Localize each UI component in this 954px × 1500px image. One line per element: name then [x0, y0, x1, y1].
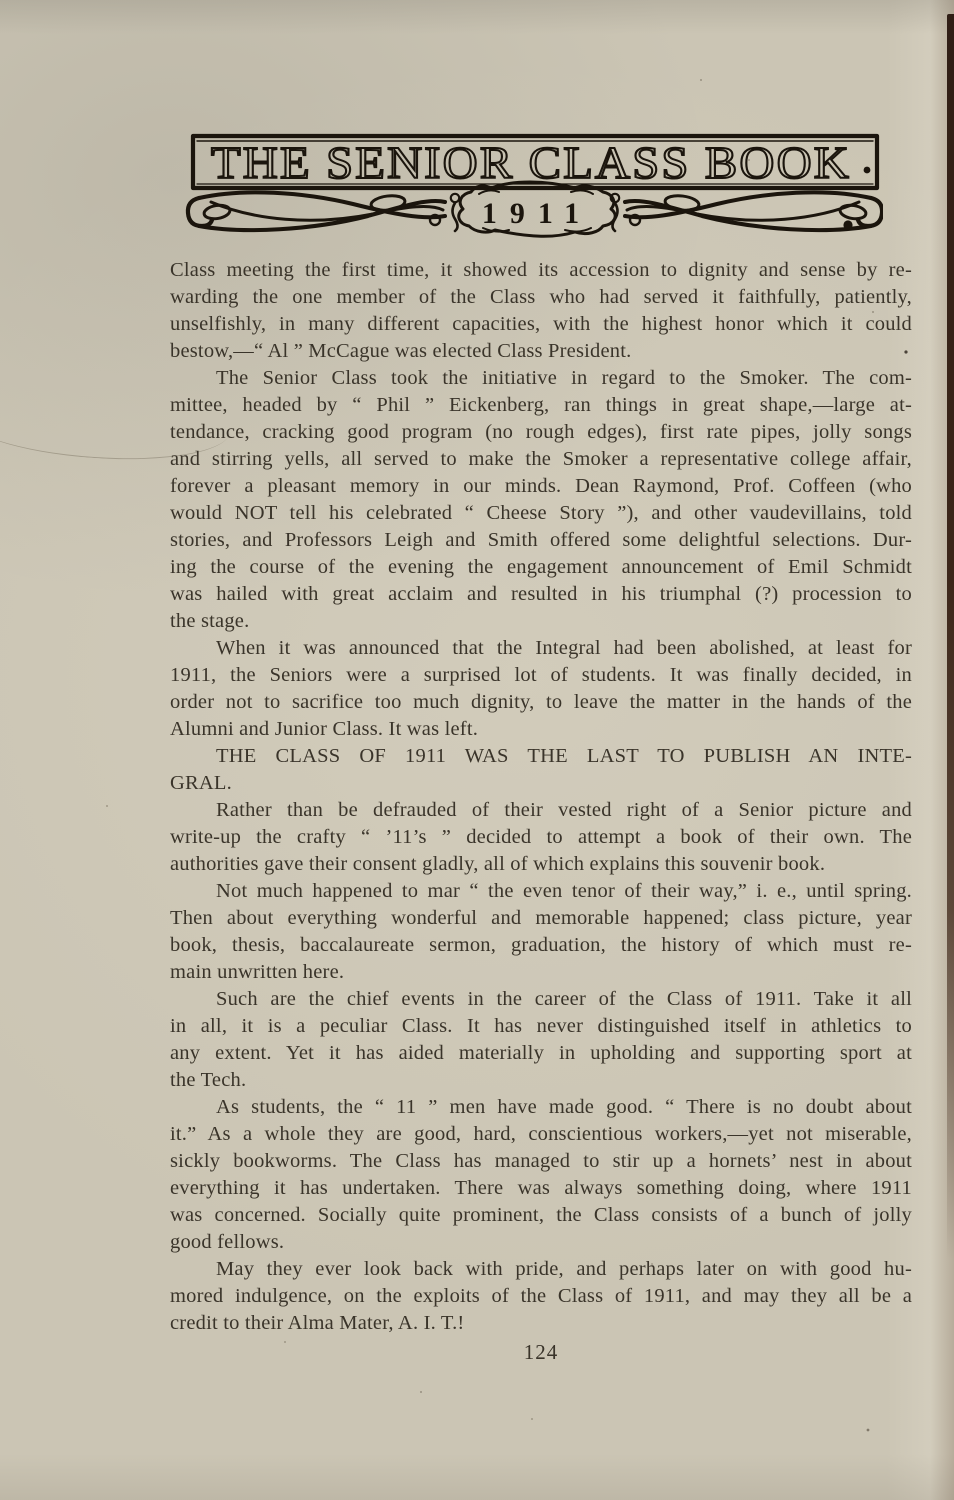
- text-line: any extent. Yet it has aided materially …: [170, 1040, 912, 1067]
- text-line: The Senior Class took the initiative in …: [170, 365, 912, 392]
- banner-year-text: 1911: [482, 197, 592, 230]
- text-line: As students, the “ 11 ” men have made go…: [170, 1094, 912, 1121]
- paragraph: Class meeting the first time, it showed …: [170, 257, 912, 365]
- text-line: the Tech.: [170, 1067, 912, 1094]
- text-line: write-up the crafty “ ’11’s ” decided to…: [170, 824, 912, 851]
- text-line: the stage.: [170, 608, 912, 635]
- paragraph: Rather than be defrauded of their vested…: [170, 797, 912, 878]
- title-banner: THE SENIOR CLASS BOOK: [183, 126, 883, 242]
- page-number: 124: [170, 1340, 912, 1365]
- paragraph: The Senior Class took the initiative in …: [170, 365, 912, 635]
- text-line: tendance, cracking good program (no roug…: [170, 419, 912, 446]
- text-line: Then about everything wonderful and memo…: [170, 905, 912, 932]
- text-line: Not much happened to mar “ the even teno…: [170, 878, 912, 905]
- paragraph: May they ever look back with pride, and …: [170, 1256, 912, 1337]
- text-line: ing the course of the evening the engage…: [170, 554, 912, 581]
- text-line: main unwritten here.: [170, 959, 912, 986]
- banner-end-dot: [843, 220, 852, 229]
- text-line: authorities gave their consent gladly, a…: [170, 851, 912, 878]
- paper-specks: [0, 0, 2, 2]
- title-banner-art: THE SENIOR CLASS BOOK: [183, 126, 883, 242]
- paragraph: Such are the chief events in the career …: [170, 986, 912, 1094]
- text-line: May they ever look back with pride, and …: [170, 1256, 912, 1283]
- text-line: GRAL.: [170, 770, 912, 797]
- text-line: it.” As a whole they are good, hard, con…: [170, 1121, 912, 1148]
- text-line: everything it has undertaken. There was …: [170, 1175, 912, 1202]
- text-line: Such are the chief events in the career …: [170, 986, 912, 1013]
- text-line: mored indulgence, on the exploits of the…: [170, 1283, 912, 1310]
- text-line: unselfishly, in many different capacitie…: [170, 311, 912, 338]
- text-line: order not to sacrifice too much dignity,…: [170, 689, 912, 716]
- text-line: Alumni and Junior Class. It was left.: [170, 716, 912, 743]
- book-edge-shadow: [947, 14, 954, 1259]
- text-line: stories, and Professors Leigh and Smith …: [170, 527, 912, 554]
- banner-title-text: THE SENIOR CLASS BOOK: [211, 138, 851, 188]
- text-line: forever a pleasant memory in our minds. …: [170, 473, 912, 500]
- text-line: credit to their Alma Mater, A. I. T.!: [170, 1310, 912, 1337]
- text-line: When it was announced that the Integral …: [170, 635, 912, 662]
- text-line: book, thesis, baccalaureate sermon, grad…: [170, 932, 912, 959]
- paragraph: THE CLASS OF 1911 WAS THE LAST TO PUBLIS…: [170, 743, 912, 797]
- body-text-block: Class meeting the first time, it showed …: [170, 257, 912, 1337]
- text-line: THE CLASS OF 1911 WAS THE LAST TO PUBLIS…: [170, 743, 912, 770]
- paragraph: Not much happened to mar “ the even teno…: [170, 878, 912, 986]
- text-line: bestow,—“ Al ” McCague was elected Class…: [170, 338, 912, 365]
- text-line: was concerned. Socially quite prominent,…: [170, 1202, 912, 1229]
- paragraph: As students, the “ 11 ” men have made go…: [170, 1094, 912, 1256]
- text-line: 1911, the Seniors were a surprised lot o…: [170, 662, 912, 689]
- text-line: Rather than be defrauded of their vested…: [170, 797, 912, 824]
- banner-title-dot: [864, 167, 871, 174]
- text-line: warding the one member of the Class who …: [170, 284, 912, 311]
- text-line: and stirring yells, all served to make t…: [170, 446, 912, 473]
- text-line: good fellows.: [170, 1229, 912, 1256]
- text-line: in all, it is a peculiar Class. It has n…: [170, 1013, 912, 1040]
- text-line: sickly bookworms. The Class has managed …: [170, 1148, 912, 1175]
- text-line: Class meeting the first time, it showed …: [170, 257, 912, 284]
- paragraph: When it was announced that the Integral …: [170, 635, 912, 743]
- text-line: would NOT tell his celebrated “ Cheese S…: [170, 500, 912, 527]
- text-line: was hailed with great acclaim and result…: [170, 581, 912, 608]
- text-line: mittee, headed by “ Phil ” Eickenberg, r…: [170, 392, 912, 419]
- scanned-book-page: THE SENIOR CLASS BOOK: [0, 0, 954, 1500]
